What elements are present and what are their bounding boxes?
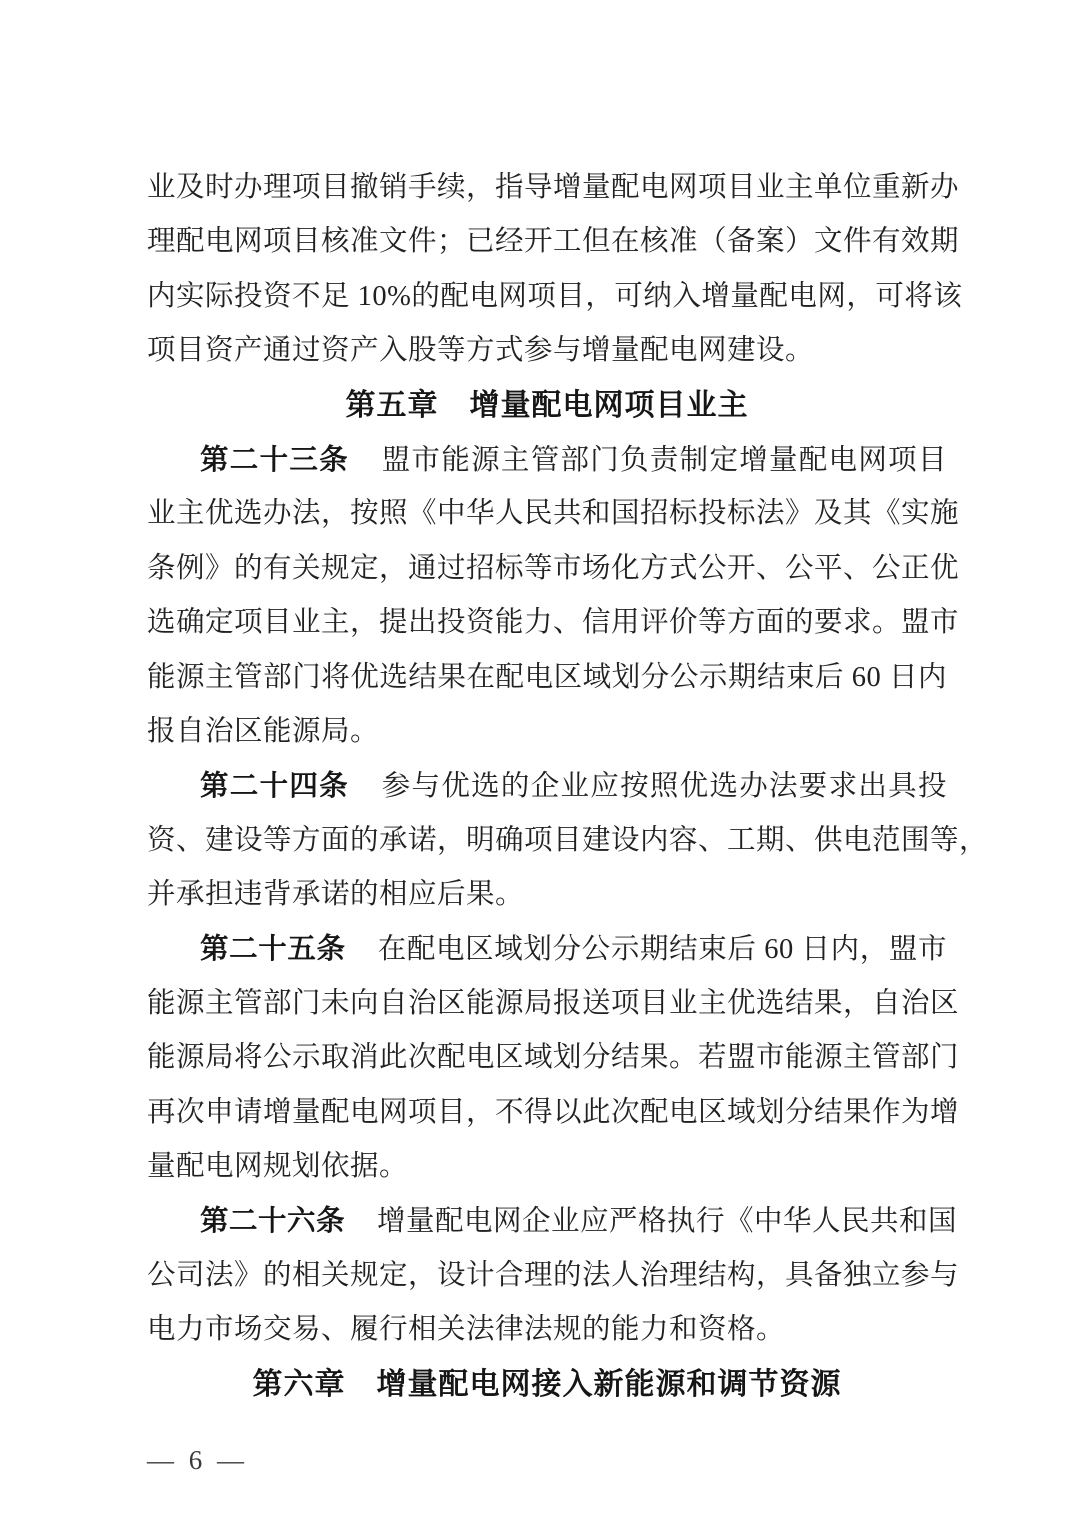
- continuation-paragraph: 业及时办理项目撤销手续，指导增量配电网项目业主单位重新办 理配电网项目核准文件；…: [147, 161, 947, 379]
- article-23-number: 第二十三条: [200, 444, 349, 476]
- article-23: 第二十三条盟市能源主管部门负责制定增量配电网项目 业主优选办法，按照《中华人民共…: [147, 433, 947, 759]
- text-line: 报自治区能源局。: [147, 705, 947, 759]
- article-26-first-line: 第二十六条增量配电网企业应严格执行《中华人民共和国: [147, 1194, 947, 1248]
- text-line: 能源主管部门将优选结果在配电区域划分公示期结束后 60 日内: [147, 651, 947, 705]
- article-24: 第二十四条参与优选的企业应按照优选办法要求出具投 资、建设等方面的承诺，明确项目…: [147, 759, 947, 922]
- chapter-5-heading: 第五章 增量配电网项目业主: [147, 379, 947, 433]
- text-line: 资、建设等方面的承诺，明确项目建设内容、工期、供电范围等，: [147, 814, 947, 868]
- text-line: 业及时办理项目撤销手续，指导增量配电网项目业主单位重新办: [147, 161, 947, 215]
- document-page: 业及时办理项目撤销手续，指导增量配电网项目业主单位重新办 理配电网项目核准文件；…: [0, 0, 1080, 1526]
- text-line: 理配电网项目核准文件；已经开工但在核准（备案）文件有效期: [147, 215, 947, 269]
- text-line: 选确定项目业主，提出投资能力、信用评价等方面的要求。盟市: [147, 596, 947, 650]
- page-number: — 6 —: [147, 1445, 248, 1475]
- text-line: 条例》的有关规定，通过招标等市场化方式公开、公平、公正优: [147, 542, 947, 596]
- article-25: 第二十五条在配电区域划分公示期结束后 60 日内，盟市 能源主管部门未向自治区能…: [147, 922, 947, 1194]
- article-24-number: 第二十四条: [200, 770, 349, 802]
- text-column: 业及时办理项目撤销手续，指导增量配电网项目业主单位重新办 理配电网项目核准文件；…: [147, 161, 947, 1412]
- article-26-first-line-text: 增量配电网企业应严格执行《中华人民共和国: [377, 1206, 957, 1237]
- text-line: 能源主管部门未向自治区能源局报送项目业主优选结果，自治区: [147, 977, 947, 1031]
- article-24-first-line-text: 参与优选的企业应按照优选办法要求出具投: [381, 771, 947, 802]
- text-line: 量配电网规划依据。: [147, 1140, 947, 1194]
- text-line: 业主优选办法，按照《中华人民共和国招标投标法》及其《实施: [147, 487, 947, 541]
- article-24-first-line: 第二十四条参与优选的企业应按照优选办法要求出具投: [147, 759, 947, 813]
- text-line: 公司法》的相关规定，设计合理的法人治理结构，具备独立参与: [147, 1249, 947, 1303]
- article-25-first-line-text: 在配电区域划分公示期结束后 60 日内，盟市: [378, 934, 947, 965]
- text-line: 并承担违背承诺的相应后果。: [147, 868, 947, 922]
- article-25-first-line: 第二十五条在配电区域划分公示期结束后 60 日内，盟市: [147, 922, 947, 976]
- article-26-number: 第二十六条: [200, 1205, 345, 1237]
- article-26: 第二十六条增量配电网企业应严格执行《中华人民共和国 公司法》的相关规定，设计合理…: [147, 1194, 947, 1357]
- article-23-first-line: 第二十三条盟市能源主管部门负责制定增量配电网项目: [147, 433, 947, 487]
- text-line: 能源局将公示取消此次配电区域划分结果。若盟市能源主管部门: [147, 1031, 947, 1085]
- text-line: 电力市场交易、履行相关法律法规的能力和资格。: [147, 1303, 947, 1357]
- page-footer: — 6 —: [147, 1437, 248, 1483]
- text-line: 内实际投资不足 10%的配电网项目，可纳入增量配电网，可将该: [147, 270, 947, 324]
- chapter-6-heading: 第六章 增量配电网接入新能源和调节资源: [147, 1358, 947, 1412]
- article-25-number: 第二十五条: [200, 933, 346, 965]
- text-line: 项目资产通过资产入股等方式参与增量配电网建设。: [147, 324, 947, 378]
- article-23-first-line-text: 盟市能源主管部门负责制定增量配电网项目: [381, 445, 947, 476]
- text-line: 再次申请增量配电网项目，不得以此次配电区域划分结果作为增: [147, 1086, 947, 1140]
